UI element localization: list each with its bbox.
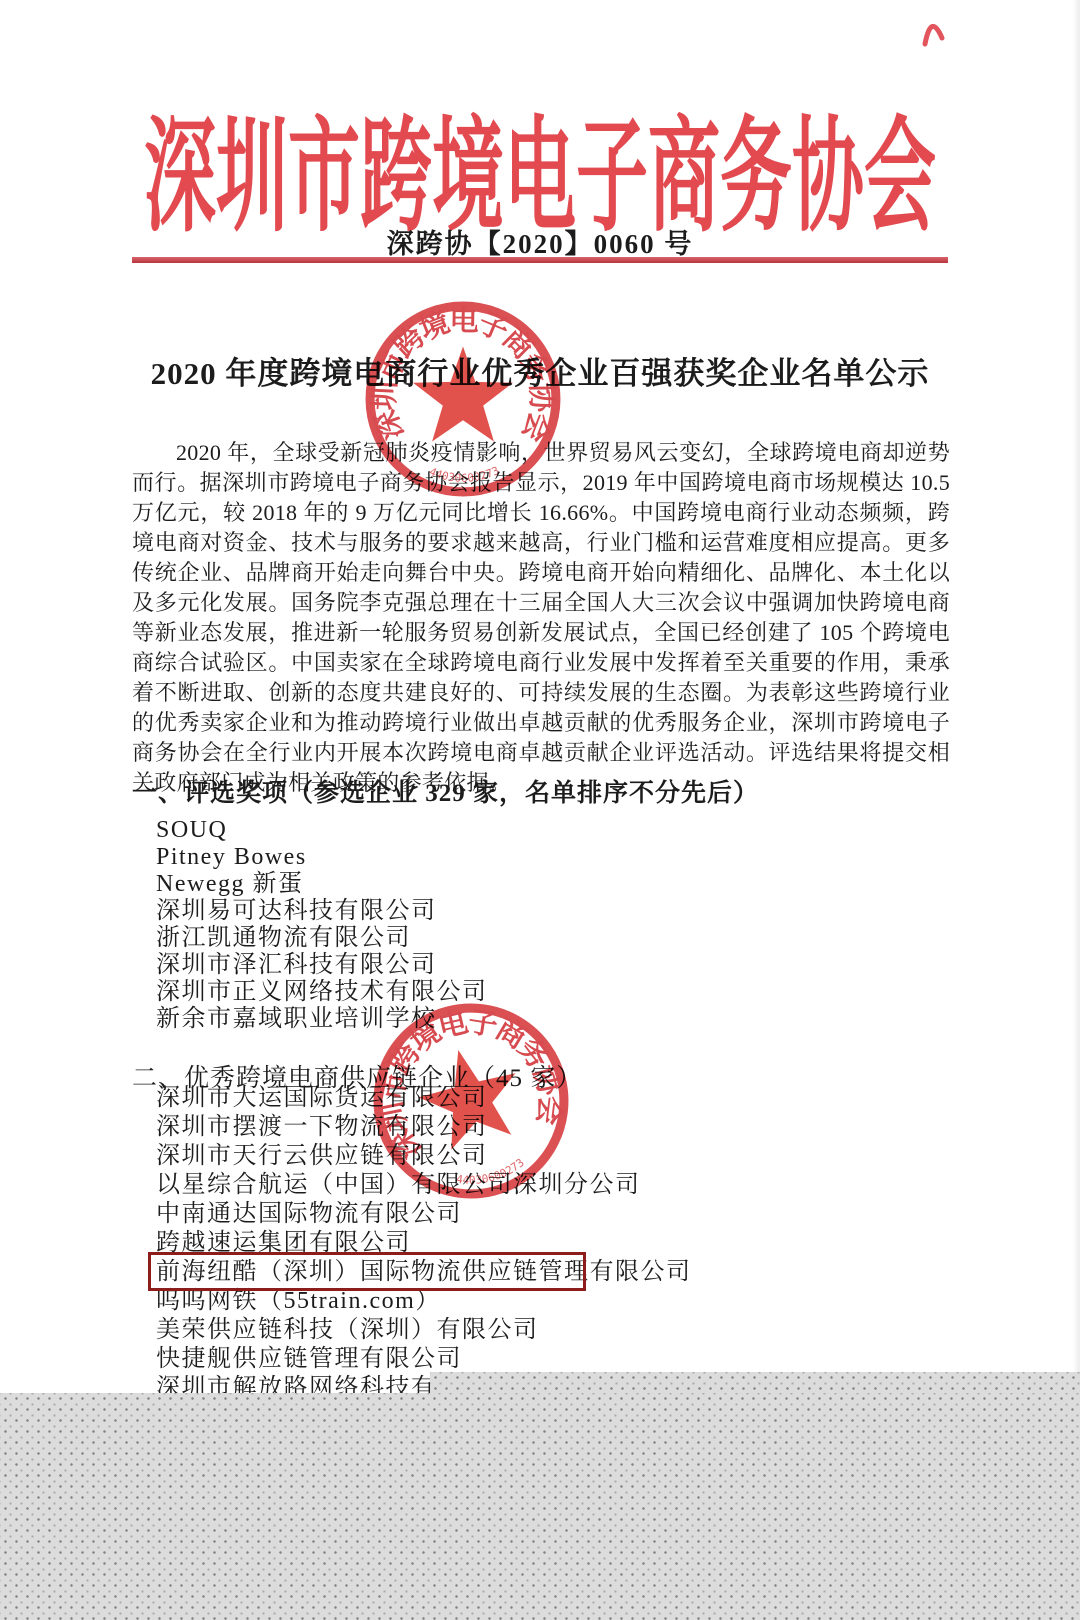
section-1-company-list: SOUQ Pitney Bowes Newegg 新蛋 深圳易可达科技有限公司 … [156, 817, 488, 1033]
seal-serial: 44030600273 [427, 464, 501, 485]
company-list-item: 快捷舰供应链管理有限公司 [156, 1345, 692, 1374]
document-page: 深圳市跨境电子商务协会 深跨协【2020】0060 号 2020 年度跨境电商行… [0, 0, 1080, 1620]
company-list-item: SOUQ [156, 817, 488, 844]
company-list-item: Newegg 新蛋 [156, 871, 488, 898]
doc-number: 深跨协【2020】0060 号 [0, 222, 1080, 261]
letterhead-divider [132, 257, 948, 263]
highlight-annotation-box [148, 1252, 586, 1291]
halftone-pattern-bottom [0, 1393, 1080, 1620]
company-list-item: 浙江凯通物流有限公司 [156, 925, 488, 952]
company-list-item: 深圳市泽汇科技有限公司 [156, 952, 488, 979]
company-list-item: 呜呜网铁（55train.com） [156, 1287, 692, 1316]
section-1-heading: 一、评选奖项（参选企业 329 家，名单排序不分先后） [132, 773, 759, 809]
company-list-item: 深圳易可达科技有限公司 [156, 898, 488, 925]
official-seal: 深圳市跨境电子商务协会 44030600273 [362, 298, 564, 500]
red-pen-mark [920, 8, 950, 52]
svg-text:44030600273: 44030600273 [427, 464, 501, 485]
star-icon [413, 346, 513, 441]
company-list-item: 深圳市正义网络技术有限公司 [156, 979, 488, 1006]
company-list-item: Pitney Bowes [156, 844, 488, 871]
company-list-item: 美荣供应链科技（深圳）有限公司 [156, 1316, 692, 1345]
